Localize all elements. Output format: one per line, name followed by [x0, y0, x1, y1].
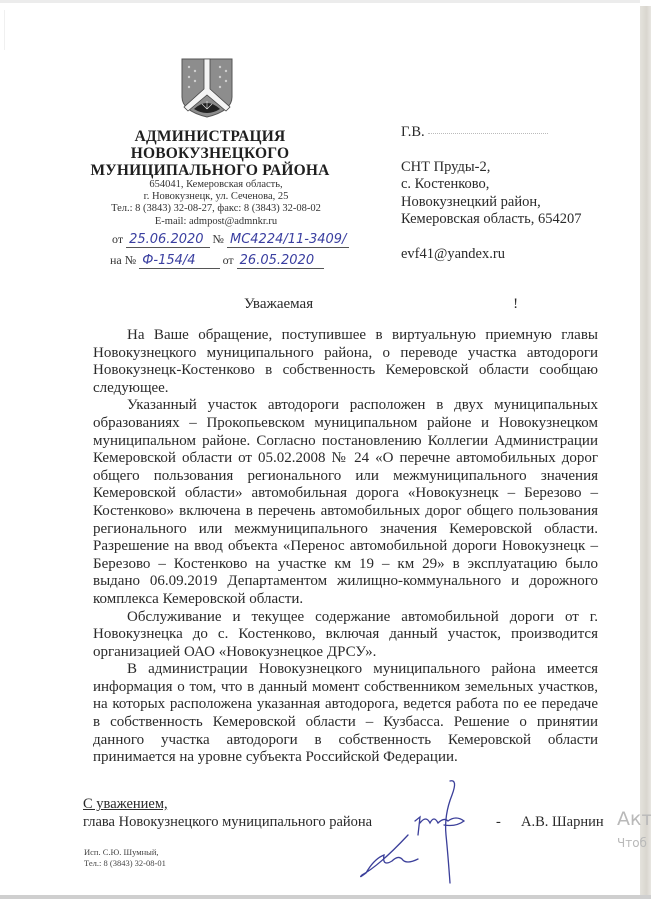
organization-name: АДМИНИСТРАЦИЯ НОВОКУЗНЕЦКОГО МУНИЦИПАЛЬН… — [85, 128, 335, 179]
number-label: № — [213, 232, 224, 246]
address-line: 654041, Кемеровская область, — [85, 179, 347, 191]
ref-number: Ф-154/4 — [139, 253, 219, 269]
executor-phone: Тел.: 8 (3843) 32-08-01 — [84, 858, 166, 869]
recipient-org: СНТ Пруды-2, — [401, 159, 582, 177]
executor-info: Исп. С.Ю. Шумный, Тел.: 8 (3843) 32-08-0… — [84, 847, 166, 869]
incoming-reference: на № Ф-154/4 от 26.05.2020 — [110, 253, 324, 268]
body-paragraph: Указанный участок автодороги расположен … — [93, 397, 598, 608]
coat-of-arms-icon — [180, 57, 234, 119]
ref-number-label: на № — [110, 253, 136, 267]
scan-left-edge — [4, 10, 5, 50]
scan-bottom-edge — [0, 895, 651, 899]
executor-name: Исп. С.Ю. Шумный, — [84, 847, 166, 858]
watermark-line: Чтоб — [617, 836, 651, 850]
recipient-region: Кемеровская область, 654207 — [401, 211, 582, 229]
org-name-line: МУНИЦИПАЛЬНОГО РАЙОНА — [85, 162, 335, 179]
signer-position: глава Новокузнецкого муниципального райо… — [83, 814, 372, 831]
signer-name: А.В. Шарнин — [521, 814, 604, 831]
recipient-village: с. Костенково, — [401, 176, 582, 194]
greeting: Уважаемая! — [244, 296, 518, 313]
contact-email-line: E-mail: admpost@admnkr.ru — [85, 216, 347, 228]
outgoing-date: 25.06.2020 — [126, 232, 209, 248]
recipient-email: evf41@yandex.ru — [401, 246, 582, 264]
ref-from-label: от — [223, 253, 234, 267]
scan-top-edge — [0, 0, 640, 3]
org-name-line: НОВОКУЗНЕЦКОГО — [85, 145, 335, 162]
greeting-prefix: Уважаемая — [244, 296, 313, 312]
recipient-block: Г.В. СНТ Пруды-2, с. Костенково, Новокуз… — [401, 124, 582, 263]
ref-date: 26.05.2020 — [237, 253, 324, 269]
contact-phone-line: Тел.: 8 (3843) 32-08-27, факс: 8 (3843) … — [85, 203, 347, 215]
watermark-line: Акт — [617, 808, 651, 830]
from-label: от — [112, 232, 123, 246]
body-paragraph: Обслуживание и текущее содержание автомо… — [93, 609, 598, 662]
body-paragraph: В администрации Новокузнецкого муниципал… — [93, 661, 598, 767]
os-activation-watermark: Акт Чтоб — [617, 808, 651, 850]
address-line: г. Новокузнецк, ул. Сеченова, 25 — [85, 191, 347, 203]
handwritten-signature-icon — [340, 775, 490, 885]
body-paragraph: На Ваше обращение, поступившее в виртуал… — [93, 327, 598, 397]
recipient-district: Новокузнецкий район, — [401, 194, 582, 212]
closing-phrase: С уважением, — [83, 796, 168, 813]
recipient-name: Г.В. — [401, 124, 582, 142]
org-name-line: АДМИНИСТРАЦИЯ — [85, 128, 335, 145]
outgoing-registration: от 25.06.2020 № МС4224/11-3409/ — [112, 232, 349, 247]
signature-dash: - — [496, 814, 501, 831]
letter-body: На Ваше обращение, поступившее в виртуал… — [93, 327, 598, 767]
outgoing-number: МС4224/11-3409/ — [227, 232, 349, 248]
organization-address: 654041, Кемеровская область, г. Новокузн… — [85, 179, 347, 228]
scan-right-edge — [640, 6, 651, 899]
greeting-suffix: ! — [513, 296, 518, 312]
